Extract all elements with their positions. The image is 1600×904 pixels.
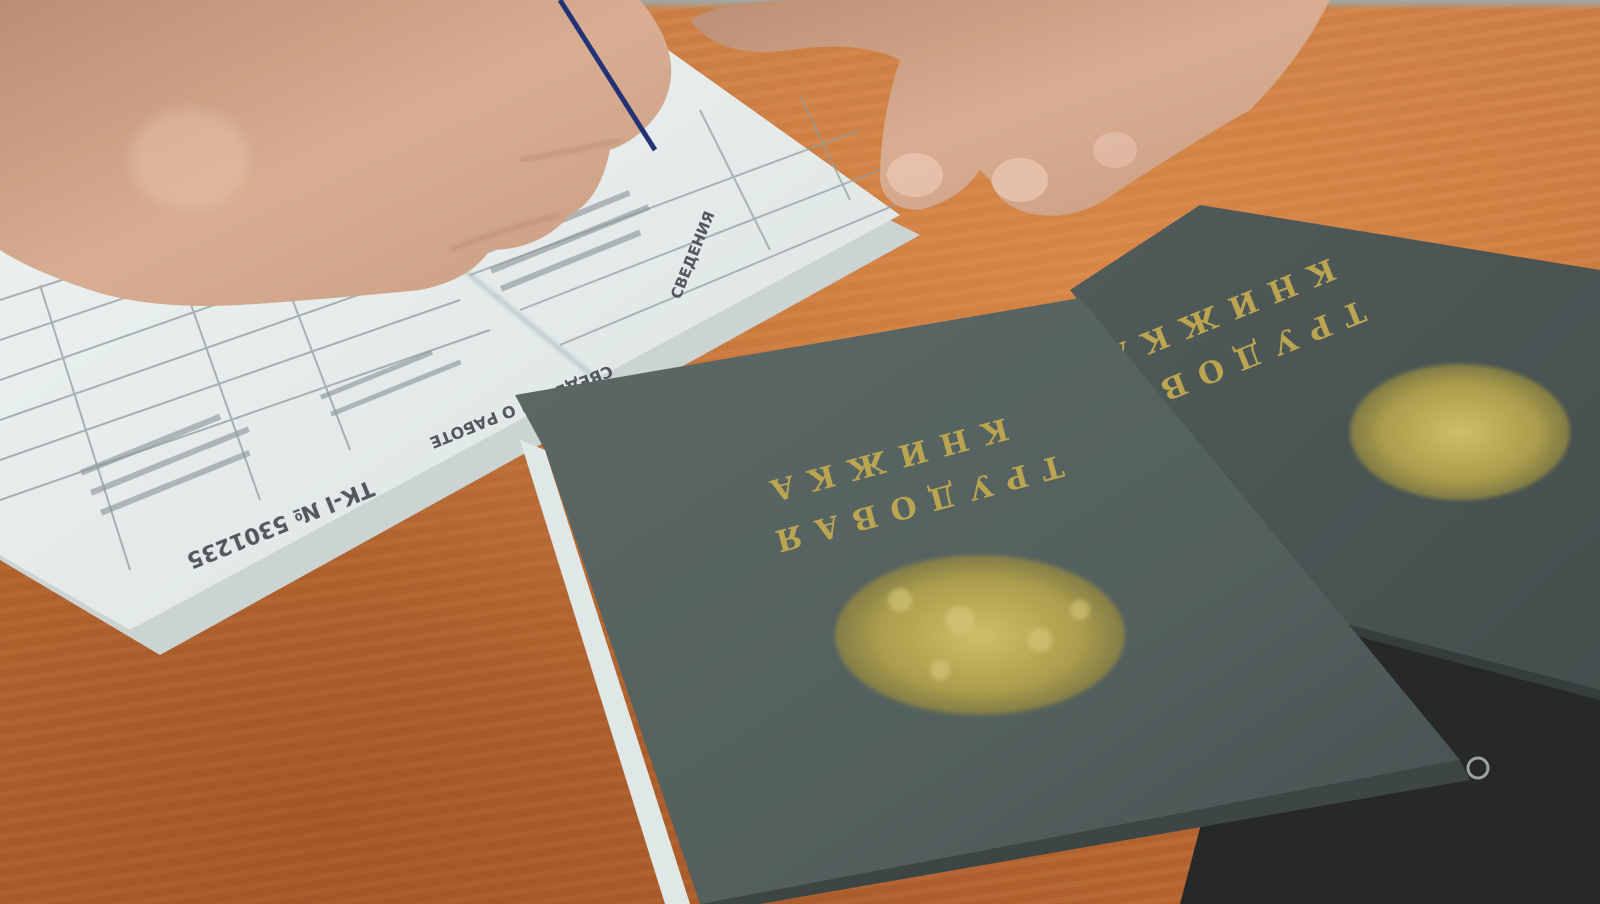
photo-scene: ТК-I № 5301235 СВЕДЕНИЯ О РАБОТЕ СВЕДЕНИ…	[0, 0, 1600, 904]
scene-drawing: ТК-I № 5301235 СВЕДЕНИЯ О РАБОТЕ СВЕДЕНИ…	[0, 0, 1600, 904]
